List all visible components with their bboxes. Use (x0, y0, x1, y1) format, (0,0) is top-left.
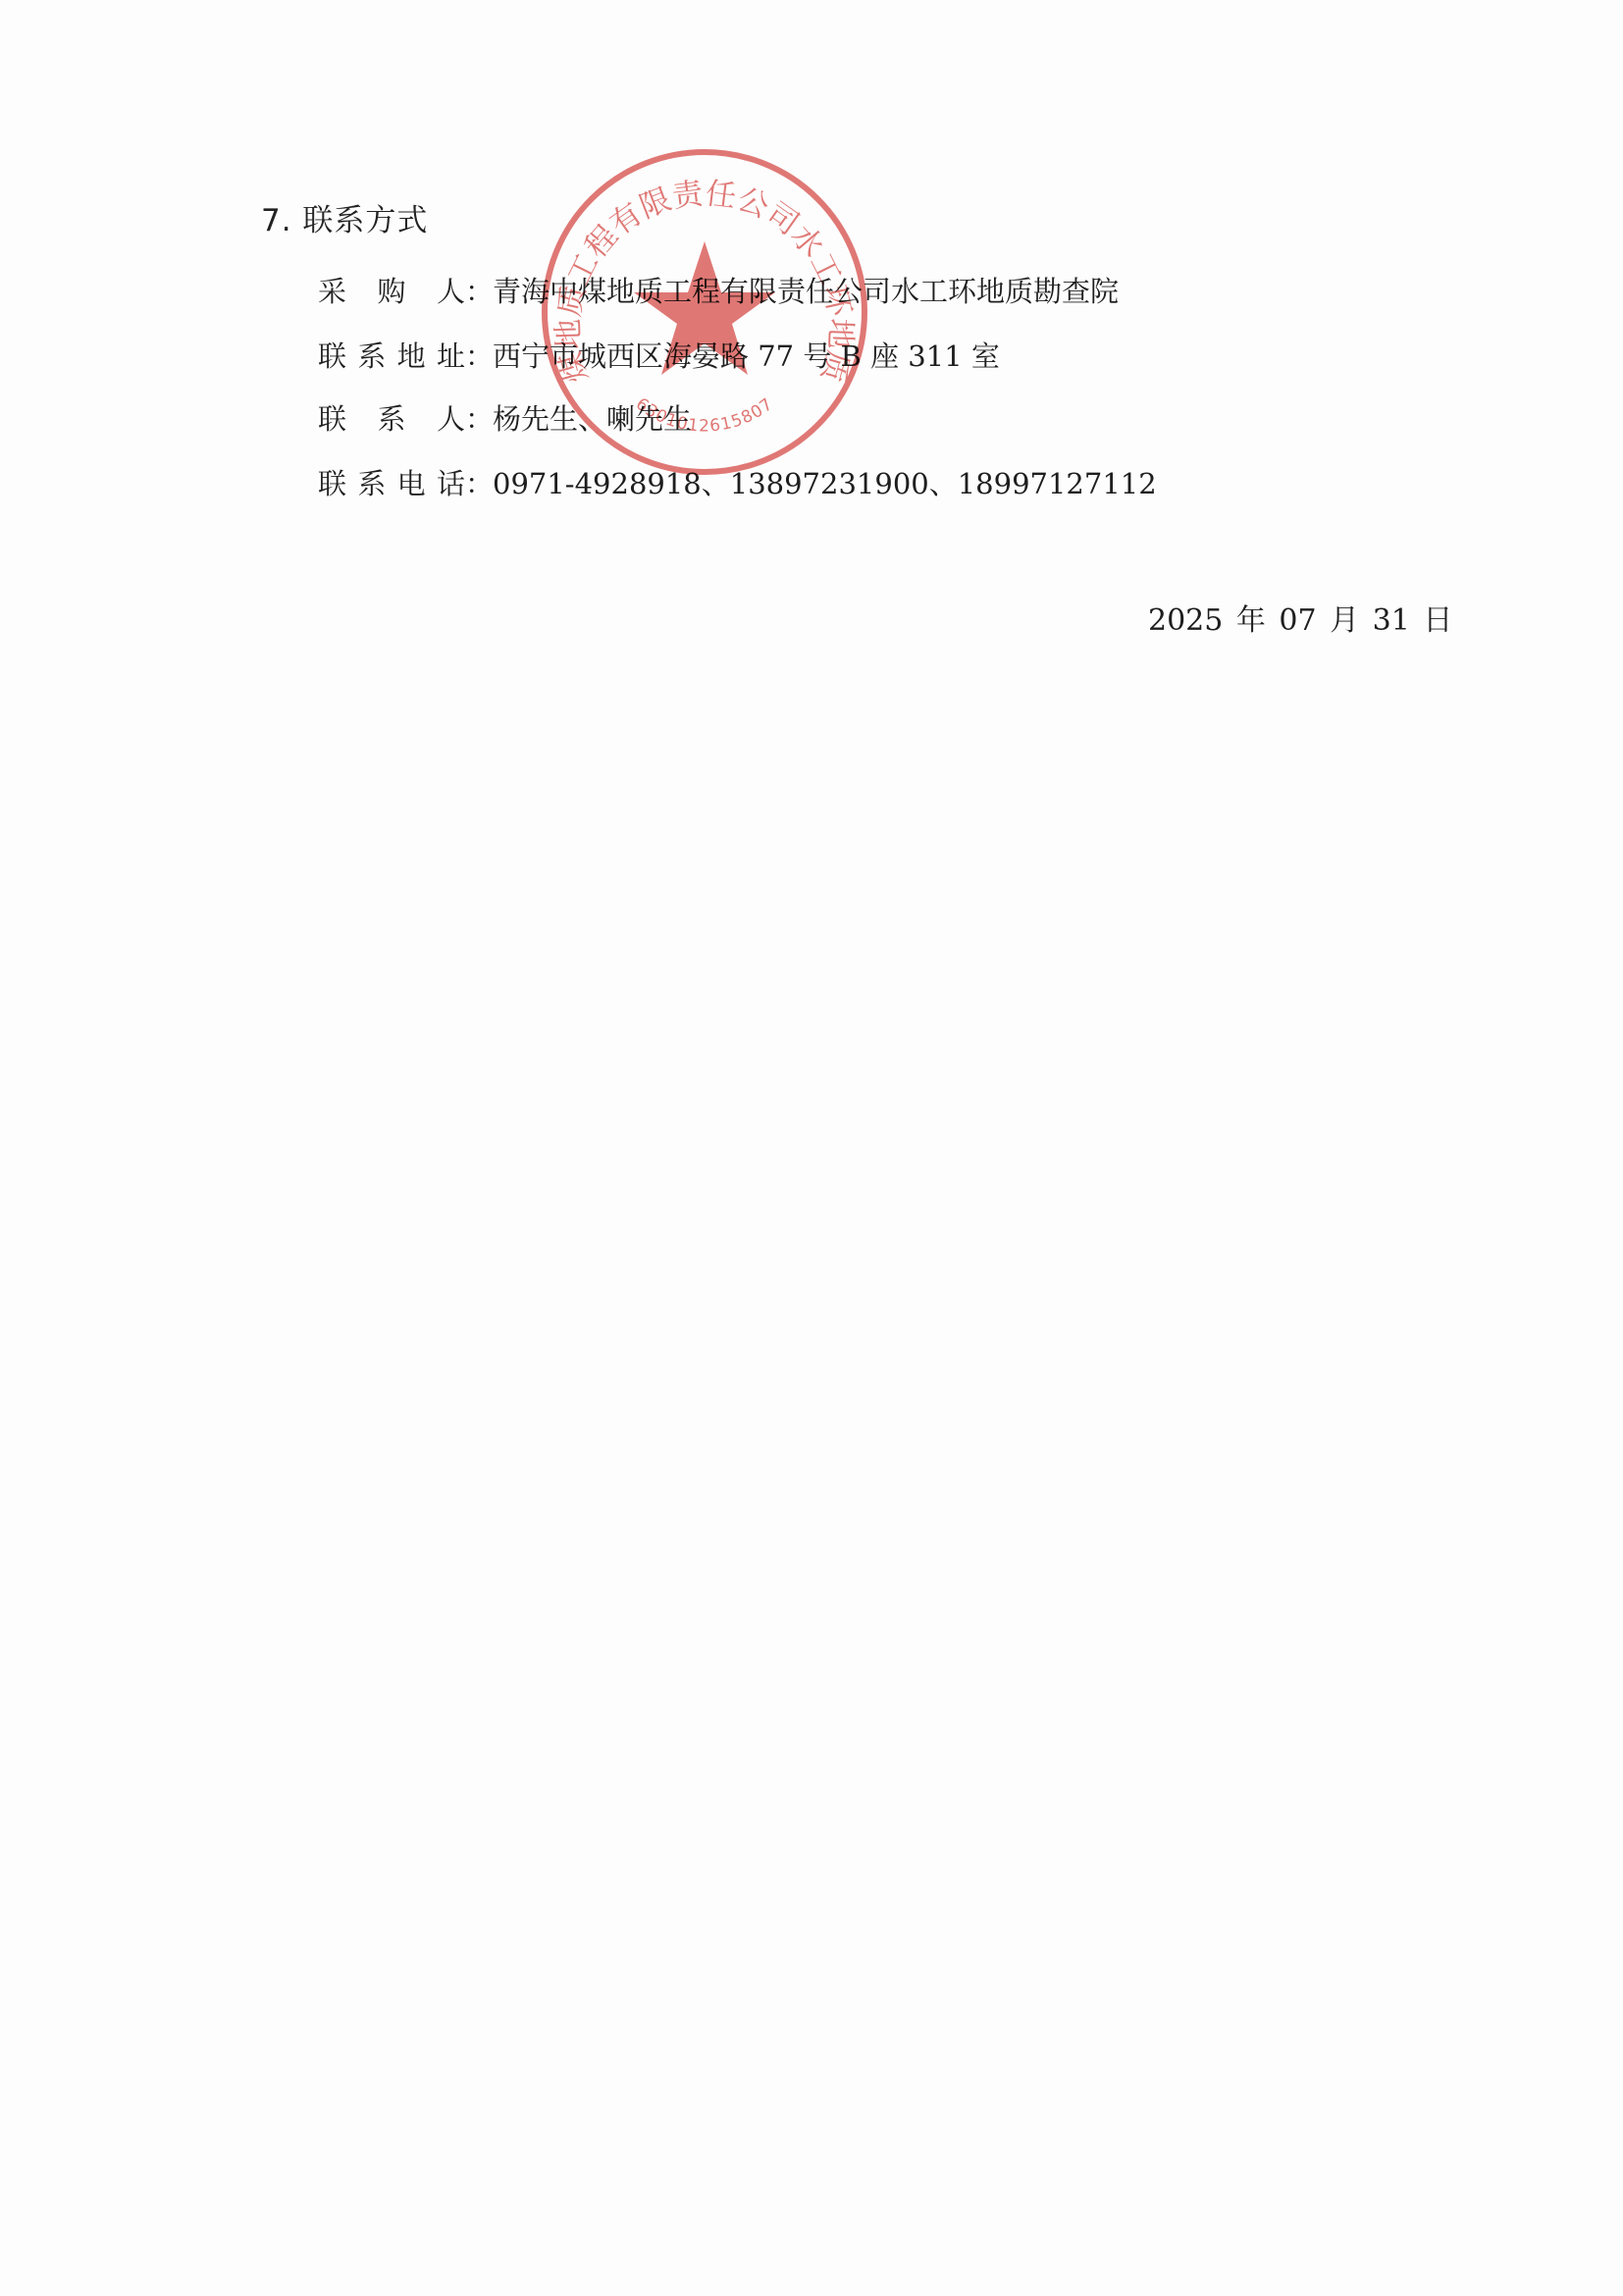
section-title: 7. 联系方式 (261, 195, 428, 239)
phone-value: 0971-4928918、13897231900、18997127112 (493, 462, 1157, 502)
address-colon: ： (465, 335, 493, 375)
contact-row-purchaser: 采 购 人 ： 青海中煤地质工程有限责任公司水工环地质勘查院 (318, 270, 1119, 310)
purchaser-label: 采 购 人 (318, 270, 465, 310)
contact-row-phone: 联系电话 ： 0971-4928918、13897231900、18997127… (318, 462, 1157, 502)
phone-label: 联系电话 (318, 462, 465, 502)
address-value: 西宁市城西区海晏路 77 号 B 座 311 室 (493, 335, 1000, 375)
contact-row-address: 联系地址 ： 西宁市城西区海晏路 77 号 B 座 311 室 (318, 335, 1000, 375)
purchaser-value: 青海中煤地质工程有限责任公司水工环地质勘查院 (493, 270, 1119, 310)
document-page: 7. 联系方式 采 购 人 ： 青海中煤地质工程有限责任公司水工环地质勘查院 联… (0, 0, 1623, 2296)
purchaser-colon: ： (465, 270, 493, 310)
phone-colon: ： (465, 462, 493, 502)
contact-person-colon: ： (465, 397, 493, 438)
contact-person-label: 联 系 人 (318, 397, 465, 438)
document-date: 2025 年 07 月 31 日 (1148, 596, 1452, 639)
contact-person-value: 杨先生、喇先生 (493, 397, 692, 438)
address-label: 联系地址 (318, 335, 465, 375)
contact-row-person: 联 系 人 ： 杨先生、喇先生 (318, 397, 692, 438)
